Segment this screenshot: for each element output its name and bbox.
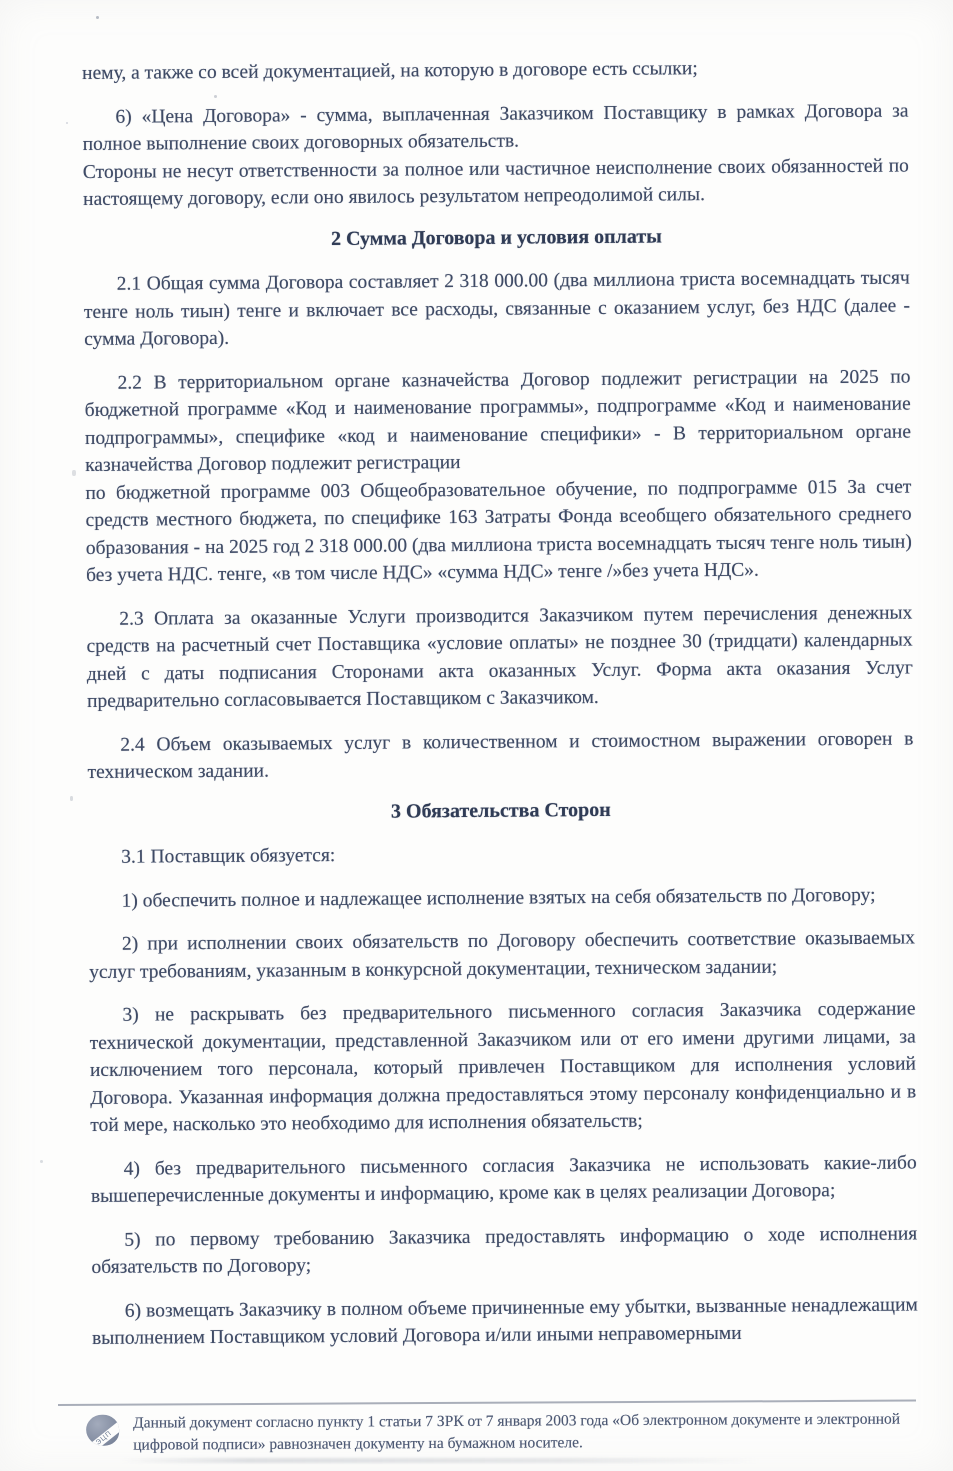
paragraph: Стороны не несут ответственности за полн… [83, 152, 909, 213]
paragraph: 3) не раскрывать без предварительного пи… [89, 995, 916, 1139]
paragraph: 2.4 Объем оказываемых услуг в количестве… [87, 725, 913, 786]
paragraph: 1) обеспечить полное и надлежащее исполн… [88, 881, 914, 915]
digital-signature-stamp-icon: ЭЦП [86, 1415, 119, 1446]
footer-note-text: Данный документ согласно пункту 1 статьи… [133, 1409, 915, 1457]
paragraph: 2) при исполнении своих обязательств по … [89, 924, 915, 985]
stamp-band-label: ЭЦП [86, 1419, 119, 1446]
scan-speck [96, 16, 99, 19]
paragraph: нему, а также со всей документацией, на … [82, 54, 908, 88]
section-heading: 2 Сумма Договора и условия оплаты [83, 221, 909, 255]
scan-speck [40, 1160, 43, 1163]
footer-note-bar: ЭЦП Данный документ согласно пункту 1 ст… [58, 1400, 916, 1457]
paragraph: 6) возмещать Заказчику в полном объеме п… [92, 1291, 918, 1352]
section-heading: 3 Обязательства Сторон [88, 794, 914, 828]
paragraph: 6) «Цена Договора» - сумма, выплаченная … [82, 97, 908, 158]
paragraph: 2.1 Общая сумма Договора составляет 2 31… [84, 265, 911, 354]
scan-speck [72, 470, 76, 476]
scanned-contract-page: нему, а также со всей документацией, на … [0, 0, 953, 1471]
paragraph: 2.2 В территориальном органе казначейств… [84, 363, 911, 479]
scan-smudge [120, 1458, 760, 1463]
paragraph: 3.1 Поставщик обязуется: [88, 837, 914, 871]
scan-speck [70, 796, 73, 801]
document-body: нему, а также со всей документацией, на … [82, 54, 918, 1353]
paragraph: по бюджетной программе 003 Общеобразоват… [85, 473, 912, 589]
paragraph: 4) без предварительного письменного согл… [91, 1149, 917, 1210]
scan-speck [66, 122, 68, 124]
paragraph: 2.3 Оплата за оказанные Услуги производи… [86, 599, 913, 715]
paragraph: 5) по первому требованию Заказчика предо… [91, 1220, 917, 1281]
